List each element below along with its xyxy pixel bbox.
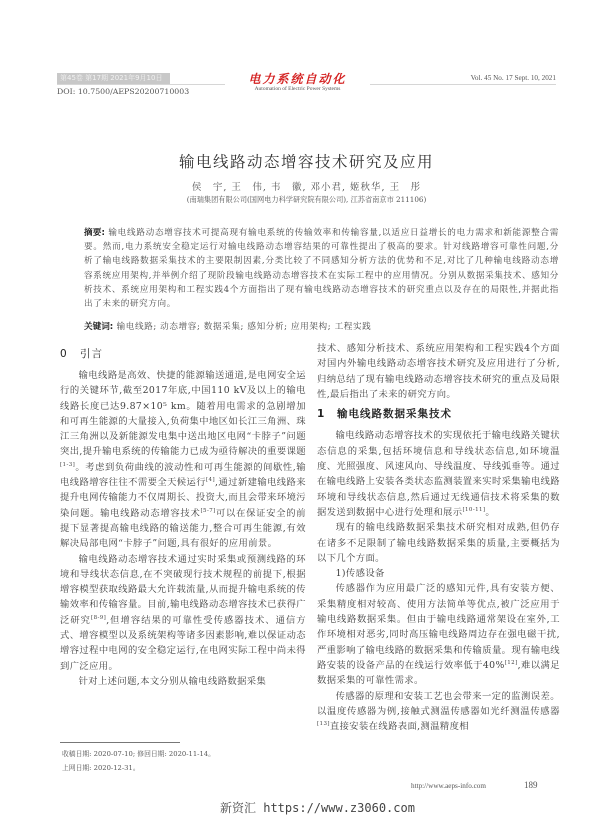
intro-paragraph-3-continued: 技术、感知分析技术、系统应用架构和工程实践4个方面对国内外输电线路动态增容技术研… (317, 341, 560, 402)
abstract-label: 摘要: (84, 228, 105, 238)
right-column: 技术、感知分析技术、系统应用架构和工程实践4个方面对国内外输电线路动态增容技术研… (317, 341, 560, 734)
keywords-label: 关键词: (84, 322, 113, 332)
footnote-dates: 收稿日期: 2020-07-10; 修回日期: 2020-11-14。 (62, 748, 215, 758)
citation[interactable]: [10-11] (462, 507, 485, 513)
page-number: 189 (524, 780, 538, 790)
section-heading-intro: 0引言 (60, 346, 103, 361)
watermark: 新资汇 https://www.z3060.com (220, 799, 415, 816)
s1-subheading-sensors: 1)传感设备 (317, 566, 560, 581)
citation[interactable]: [1-3] (60, 462, 75, 468)
affiliation: (南瑞集团有限公司(国网电力科学研究院有限公司), 江苏省南京市 211106) (0, 195, 613, 205)
journal-logo-en: Automation of Electric Power Systems (225, 86, 370, 92)
authors: 侯 宇, 王 伟, 韦 徽, 邓小君, 姬秋华, 王 彤 (0, 179, 613, 193)
doi: DOI: 10.7500/AEPS20200710003 (57, 87, 189, 96)
journal-url[interactable]: http://www.aeps-info.com (411, 782, 486, 790)
citation[interactable]: [13] (317, 721, 330, 727)
header-rule-right (370, 84, 556, 85)
left-column: 输电线路是高效、快捷的能源输送通道,是电网安全运行的关键环节,截至2017年底,… (60, 368, 306, 689)
section-number: 0 (60, 348, 80, 360)
citation[interactable]: [8-9] (91, 615, 106, 621)
s1-paragraph-1: 输电线路动态增容技术的实现依托于输电线路关键状态信息的采集,包括环境信息和导线状… (317, 428, 560, 520)
section-title: 输电线路数据采集技术 (337, 408, 452, 420)
intro-paragraph-3: 针对上述问题,本文分别从输电线路数据采集 (60, 674, 306, 689)
intro-paragraph-1: 输电线路是高效、快捷的能源输送通道,是电网安全运行的关键环节,截至2017年底,… (60, 368, 306, 552)
volume-info: Vol. 45 No. 17 Sept. 10, 2021 (471, 74, 556, 82)
section-heading-1: 1输电线路数据采集技术 (317, 407, 560, 422)
section-title: 引言 (80, 348, 103, 360)
keywords: 关键词: 输电线路; 动态增容; 数据采集; 感知分析; 应用架构; 工程实践 (84, 320, 559, 332)
s1-paragraph-4: 传感器的原理和安装工艺也会带来一定的监测误差。以温度传感器为例,接触式测温传感器… (317, 689, 560, 735)
s1-paragraph-3: 传感器作为应用最广泛的感知元件,具有安装方便、采集精度相对较高、使用方法简单等优… (317, 581, 560, 688)
issue-badge: 第45卷 第17期 2021年9月10日 (57, 73, 170, 84)
footnote-divider (60, 742, 180, 743)
section-number: 1 (317, 407, 337, 422)
keywords-text: 输电线路; 动态增容; 数据采集; 感知分析; 应用架构; 工程实践 (117, 322, 372, 332)
paper-title: 输电线路动态增容技术研究及应用 (0, 150, 613, 172)
s1-paragraph-2: 现有的输电线路数据采集技术研究相对成熟,但仍存在诸多不足限制了输电线路数据采集的… (317, 520, 560, 566)
footnote-online-date: 上网日期: 2020-12-31。 (62, 762, 140, 772)
citation[interactable]: [5-7] (201, 508, 216, 514)
intro-paragraph-2: 输电线路动态增容技术通过实时采集或预测线路的环境和导线状态信息,在不突破现行技术… (60, 552, 306, 674)
citation[interactable]: [12] (505, 660, 518, 666)
abstract-text: 输电线路动态增容技术可提高现有输电系统的传输效率和传输容量,以适应日益增长的电力… (84, 228, 559, 309)
citation[interactable]: [4] (206, 477, 215, 483)
abstract: 摘要: 输电线路动态增容技术可提高现有输电系统的传输效率和传输容量,以适应日益增… (84, 226, 559, 311)
journal-logo-cn: 电力系统自动化 (225, 70, 370, 87)
header-rule-left (57, 84, 225, 85)
